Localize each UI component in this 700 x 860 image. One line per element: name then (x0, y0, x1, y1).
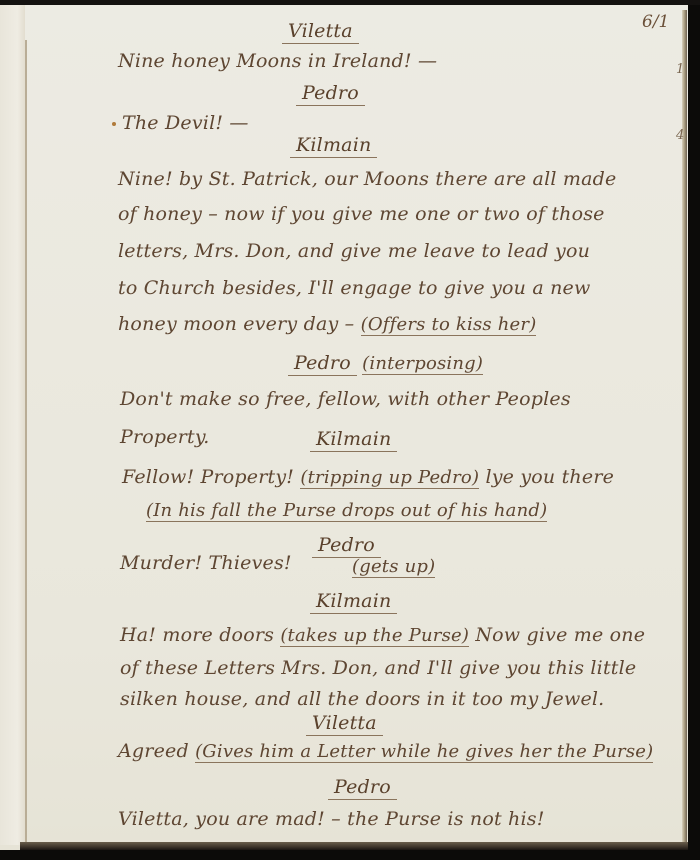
speaker-label: Kilmain (290, 134, 377, 158)
speech-line: Nine honey Moons in Ireland! — (118, 50, 437, 72)
stage-direction-text: (Gives him a Letter while he gives her t… (195, 741, 653, 763)
speaker-label: Pedro (296, 82, 365, 106)
speaker-name: Kilmain (310, 590, 397, 612)
speech-line: Ha! more doors (takes up the Purse) Now … (120, 624, 645, 646)
speaker-name: Pedro (296, 82, 365, 104)
frame-right-shadow (688, 5, 700, 860)
speaker-name: Kilmain (290, 134, 377, 156)
stage-direction: (gets up) (352, 556, 435, 577)
speech-line: letters, Mrs. Don, and give me leave to … (118, 240, 590, 262)
speech-line: Don't make so free, fellow, with other P… (120, 388, 571, 410)
margin-mark: 4 (676, 128, 684, 143)
stage-direction-text: (In his fall the Purse drops out of his … (146, 500, 547, 522)
stage-direction: (Gives him a Letter while he gives her t… (195, 741, 653, 763)
speaker-label: Viletta (282, 20, 359, 44)
speaker-name: Pedro (interposing) (288, 352, 483, 374)
ink-blot (112, 122, 116, 126)
speaker-label: Kilmain (310, 428, 397, 452)
speech-line: Murder! Thieves! (120, 552, 292, 574)
speaker-label: Pedro (312, 534, 381, 558)
speech-text: Fellow! Property! (122, 466, 300, 488)
speech-line: silken house, and all the doors in it to… (120, 688, 604, 710)
folio-number: 6/1 (642, 12, 669, 32)
speech-line: honey moon every day – (Offers to kiss h… (118, 313, 536, 335)
speech-text: honey moon every day – (118, 313, 354, 335)
speech-line: of these Letters Mrs. Don, and I'll give… (120, 657, 636, 679)
stage-direction-text: (interposing) (362, 353, 483, 375)
speaker-label: Viletta (306, 712, 383, 736)
stage-direction: (Offers to kiss her) (361, 314, 537, 336)
stage-direction-text: (gets up) (352, 556, 435, 578)
page-bottom-edge (20, 842, 688, 850)
speaker-label: Pedro (288, 352, 357, 376)
margin-mark: 1 (676, 62, 684, 77)
speech-line: Viletta, you are mad! – the Purse is not… (118, 808, 545, 830)
speaker-name: Pedro (312, 534, 381, 556)
speech-line: Nine! by St. Patrick, our Moons there ar… (118, 168, 616, 190)
stage-direction: (interposing) (362, 353, 483, 375)
speech-text: lye you there (485, 466, 614, 488)
stage-direction-text: (takes up the Purse) (280, 625, 469, 647)
speaker-name: Viletta (282, 20, 359, 42)
speech-line: of honey – now if you give me one or two… (118, 203, 605, 225)
stage-direction-text: (Offers to kiss her) (361, 314, 537, 336)
speaker-name: Kilmain (310, 428, 397, 450)
speech-text: Agreed (118, 740, 195, 762)
stage-direction: (In his fall the Purse drops out of his … (146, 500, 547, 521)
speaker-label: Pedro (328, 776, 397, 800)
frame-bottom-shadow (0, 850, 700, 860)
speaker-name: Pedro (328, 776, 397, 798)
speech-line: Agreed (Gives him a Letter while he give… (118, 740, 653, 762)
speech-line: Property. (120, 426, 209, 448)
binding-gutter (0, 5, 25, 845)
speaker-name: Viletta (306, 712, 383, 734)
speech-text: Ha! more doors (120, 624, 280, 646)
binding-fold-line (25, 40, 27, 845)
stage-direction: (takes up the Purse) (280, 625, 469, 647)
stage-direction: (tripping up Pedro) (300, 467, 479, 489)
speech-line: Fellow! Property! (tripping up Pedro) ly… (122, 466, 614, 488)
speech-line: The Devil! — (122, 112, 249, 134)
speaker-label: Kilmain (310, 590, 397, 614)
speech-text: Now give me one (475, 624, 645, 646)
speech-text: Murder! Thieves! (120, 552, 292, 574)
speech-line: to Church besides, I'll engage to give y… (118, 277, 590, 299)
stage-direction-text: (tripping up Pedro) (300, 467, 479, 489)
